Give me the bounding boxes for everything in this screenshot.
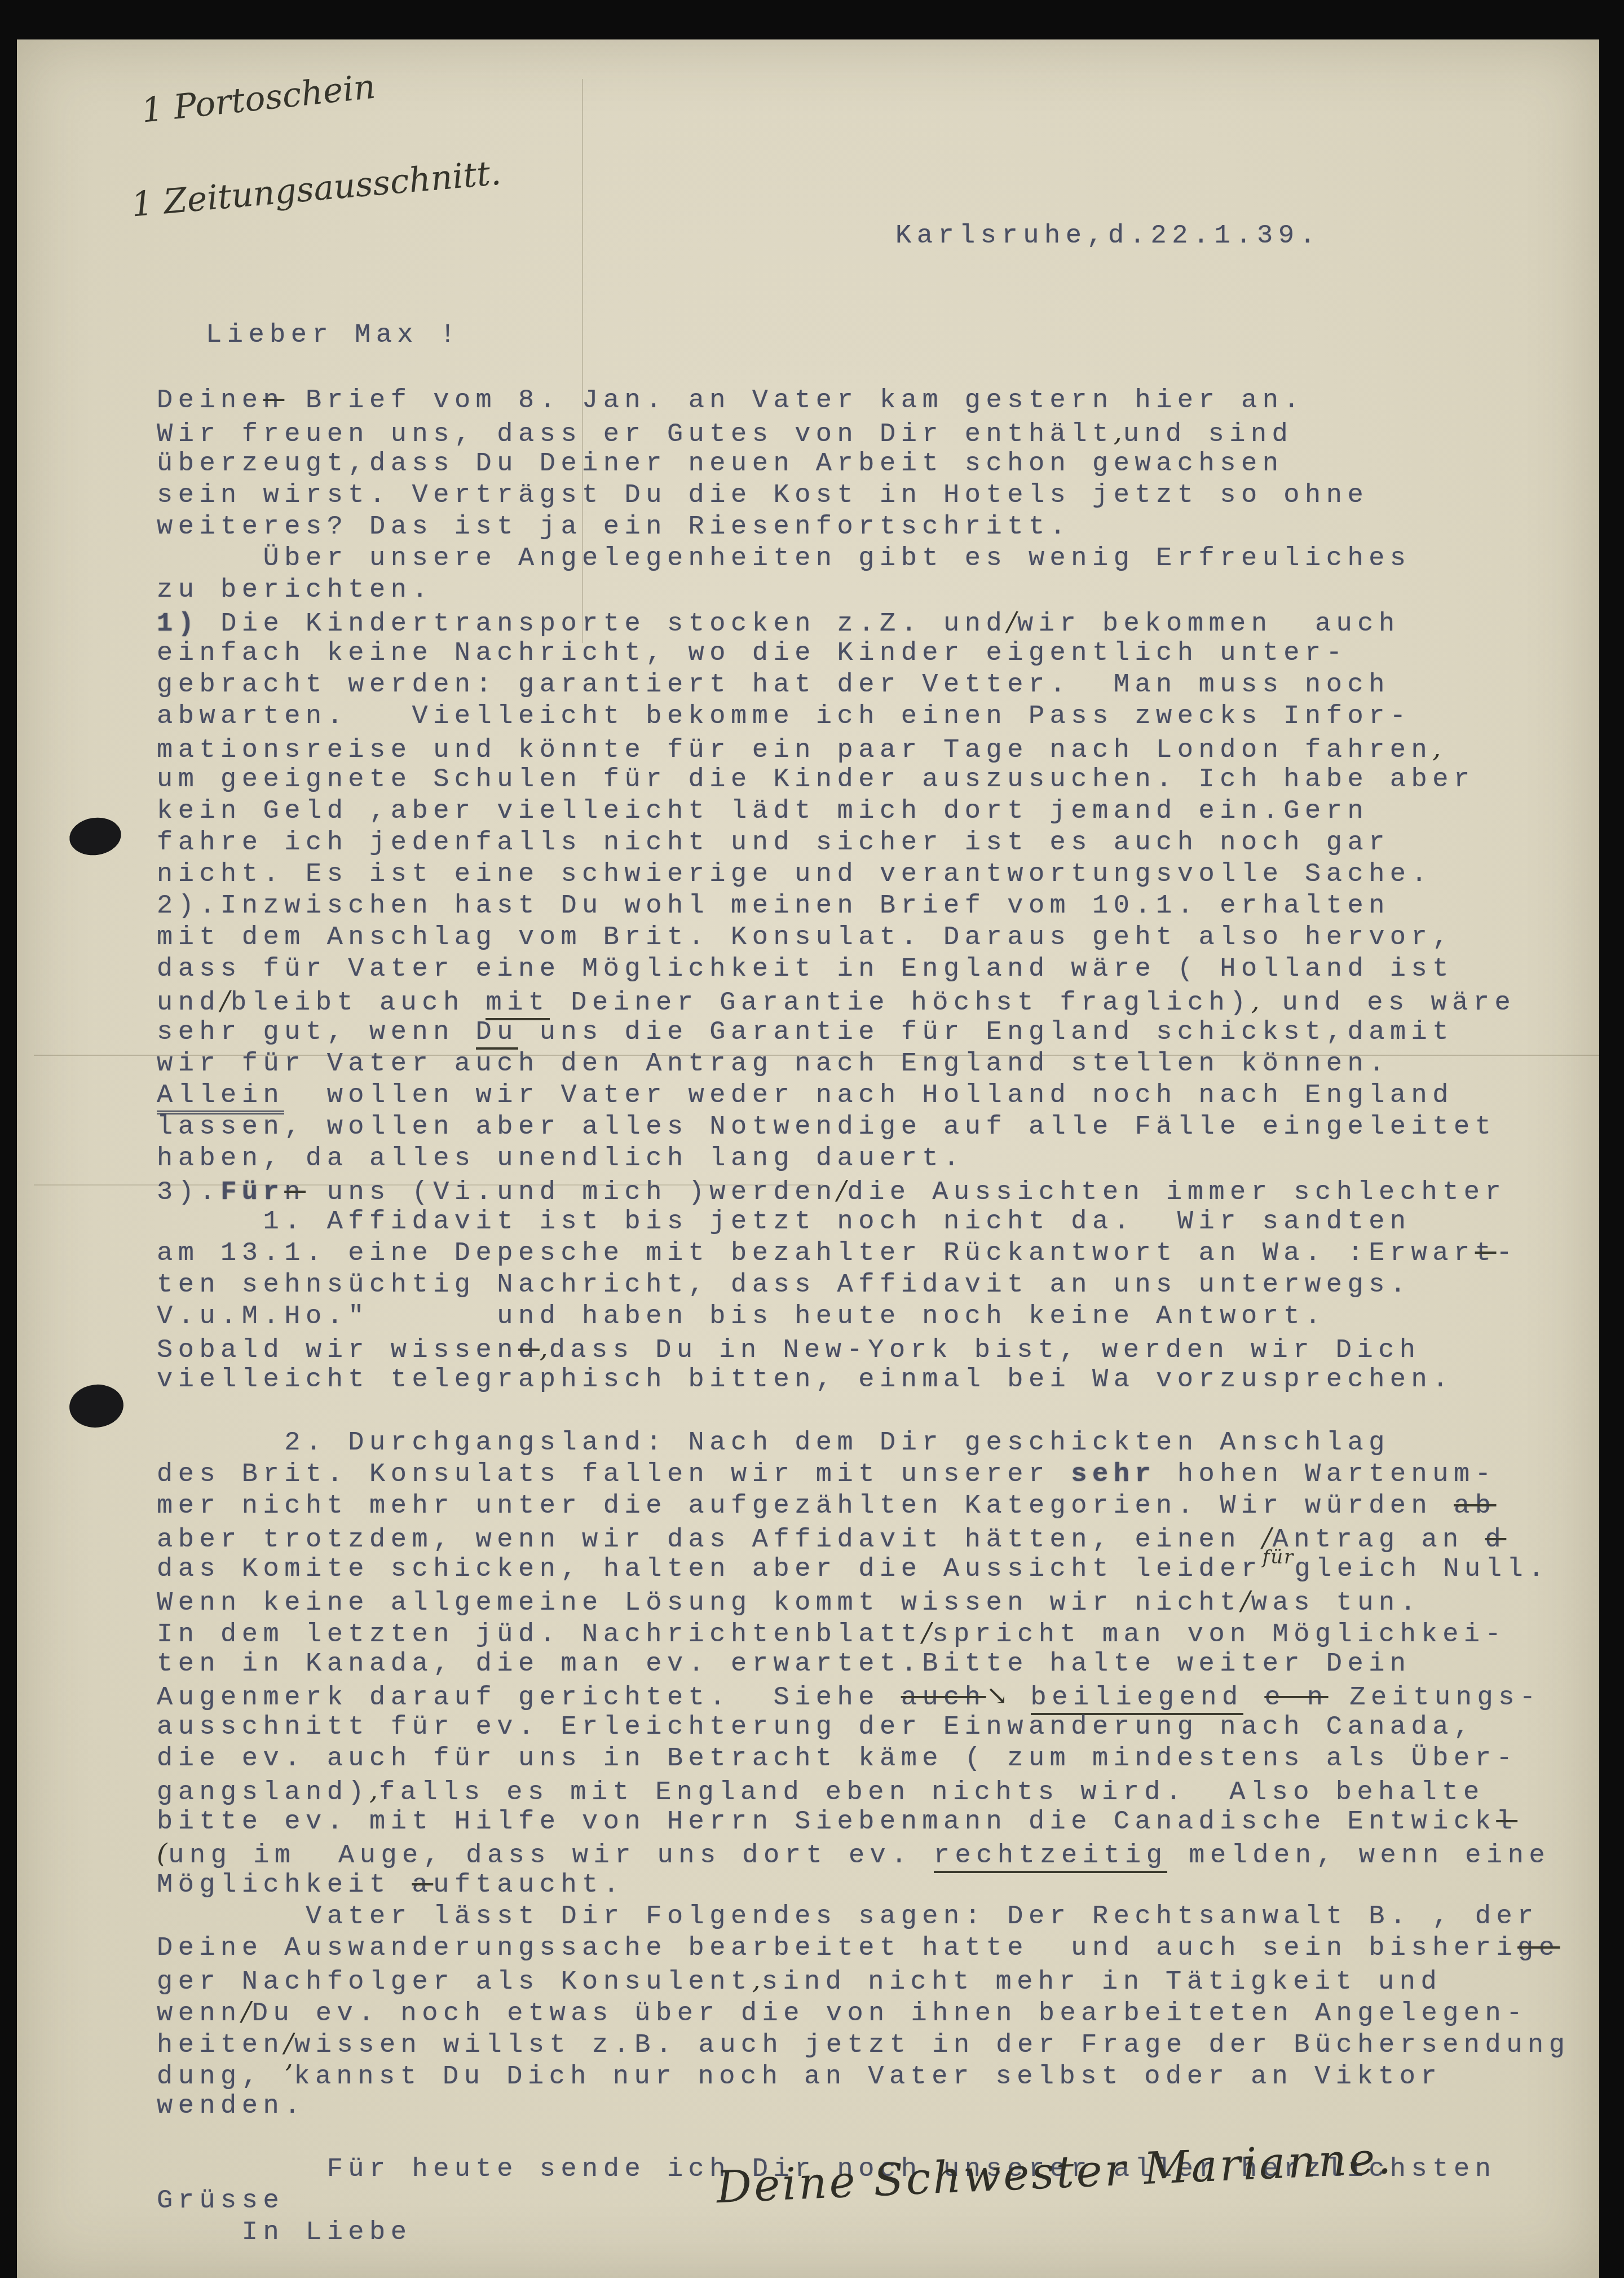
letter-line: Deine Auswanderungssache bearbeitet hatt…: [157, 1933, 1578, 1964]
letter-line: gebracht werden: garantiert hat der Vett…: [157, 669, 1578, 701]
letter-line: wenn/Du ev. noch etwas über die von ihne…: [157, 1996, 1578, 2028]
letter-line: mit dem Anschlag vom Brit. Konsulat. Dar…: [157, 922, 1578, 954]
letter-line: weiteres? Das ist ja ein Riesenfortschri…: [157, 512, 1578, 543]
letter-line: mer nicht mehr unter die aufgezählten Ka…: [157, 1491, 1578, 1522]
letter-line: ten in Kanada, die man ev. erwartet.Bitt…: [157, 1649, 1578, 1680]
letter-line: ausschnitt für ev. Erleichterung der Ein…: [157, 1712, 1578, 1743]
letter-line: Wir freuen uns, dass er Gutes von Dir en…: [157, 417, 1578, 448]
letter-line: Vater lässt Dir Folgendes sagen: Der Rec…: [157, 1901, 1578, 1933]
letter-line: überzeugt,dass Du Deiner neuen Arbeit sc…: [157, 448, 1578, 480]
letter-line: die ev. auch für uns in Betracht käme ( …: [157, 1743, 1578, 1775]
letter-line: haben, da alles unendlich lang dauert.: [157, 1143, 1578, 1175]
letter-line: gangsland),falls es mit England eben nic…: [157, 1775, 1578, 1806]
letter-line: dass für Vater eine Möglichkeit in Engla…: [157, 954, 1578, 985]
letter-line: mationsreise und könnte für ein paar Tag…: [157, 733, 1578, 764]
letter-line: sein wirst. Verträgst Du die Kost in Hot…: [157, 480, 1578, 512]
letter-line: wir für Vater auch den Antrag nach Engla…: [157, 1048, 1578, 1080]
letter-line: Allein wollen wir Vater weder nach Holla…: [157, 1080, 1578, 1112]
letter-salutation: Lieber Max !: [206, 320, 461, 350]
letter-line: lassen, wollen aber alles Notwendige auf…: [157, 1112, 1578, 1143]
letter-line: zu berichten.: [157, 575, 1578, 606]
letter-line: am 13.1. eine Depesche mit bezahlter Rüc…: [157, 1238, 1578, 1270]
scanned-letter-page: 1 Portoschein 1 Zeitungsausschnitt. Karl…: [0, 0, 1624, 2278]
letter-line: dung, ’kannst Du Dich nur noch an Vater …: [157, 2059, 1578, 2091]
letter-line: aber trotzdem, wenn wir das Affidavit hä…: [157, 1522, 1578, 1554]
letter-line: um geeignete Schulen für die Kinder ausz…: [157, 764, 1578, 796]
letter-line: wenden.: [157, 2091, 1578, 2122]
letter-body: Deinen Brief vom 8. Jan. an Vater kam ge…: [157, 385, 1578, 2249]
letter-line: 2).Inzwischen hast Du wohl meinen Brief …: [157, 891, 1578, 922]
letter-line: Deinen Brief vom 8. Jan. an Vater kam ge…: [157, 385, 1578, 417]
letter-line: bitte ev. mit Hilfe von Herrn Siebenmann…: [157, 1806, 1578, 1838]
letter-line: 1. Affidavit ist bis jetzt noch nicht da…: [157, 1206, 1578, 1238]
scan-edge-right: [1599, 0, 1624, 2278]
letter-line: Sobald wir wissend,dass Du in New-York b…: [157, 1333, 1578, 1364]
letter-line: und/bleibt auch mit Deiner Garantie höch…: [157, 985, 1578, 1017]
letter-line: ten sehnsüchtig Nachricht, dass Affidavi…: [157, 1270, 1578, 1301]
letter-line: V.u.M.Ho." und haben bis heute noch kein…: [157, 1301, 1578, 1333]
letter-line: Möglichkeit auftaucht.: [157, 1870, 1578, 1901]
letter-line: Über unsere Angelegenheiten gibt es weni…: [157, 543, 1578, 575]
letter-line: Wenn keine allgemeine Lösung kommt wisse…: [157, 1585, 1578, 1617]
letter-line: sehr gut, wenn Du uns die Garantie für E…: [157, 1017, 1578, 1048]
letter-line: des Brit. Konsulats fallen wir mit unser…: [157, 1459, 1578, 1491]
letter-line: einfach keine Nachricht, wo die Kinder e…: [157, 638, 1578, 669]
letter-line: 2. Durchgangsland: Nach dem Dir geschick…: [157, 1427, 1578, 1459]
letter-line: vielleicht telegraphisch bitten, einmal …: [157, 1364, 1578, 1396]
letter-line: 3).Fürn uns (Vi.und mich )werden/die Aus…: [157, 1175, 1578, 1206]
letter-line: fahre ich jedenfalls nicht und sicher is…: [157, 827, 1578, 859]
letter-line: [157, 1396, 1578, 1427]
letter-line: In dem letzten jüd. Nachrichtenblatt/spr…: [157, 1617, 1578, 1649]
letter-date: Karlsruhe,d.22.1.39.: [895, 221, 1321, 251]
letter-line: In Liebe: [157, 2217, 1578, 2249]
letter-line: abwarten. Vielleicht bekomme ich einen P…: [157, 701, 1578, 733]
letter-line: (ung im Auge, dass wir uns dort ev. rech…: [157, 1838, 1578, 1870]
letter-line: 1) Die Kindertransporte stocken z.Z. und…: [157, 606, 1578, 638]
letter-line: ger Nachfolger als Konsulent,sind nicht …: [157, 1964, 1578, 1996]
letter-line: Augenmerk darauf gerichtet. Siehe auch↘ …: [157, 1680, 1578, 1712]
letter-line: heiten/wissen willst z.B. auch jetzt in …: [157, 2028, 1578, 2059]
letter-line: kein Geld ,aber vielleicht lädt mich dor…: [157, 796, 1578, 827]
letter-line: nicht. Es ist eine schwierige und verant…: [157, 859, 1578, 891]
scan-edge-top: [0, 0, 1624, 39]
letter-line: das Komite schicken, halten aber die Aus…: [157, 1554, 1578, 1585]
